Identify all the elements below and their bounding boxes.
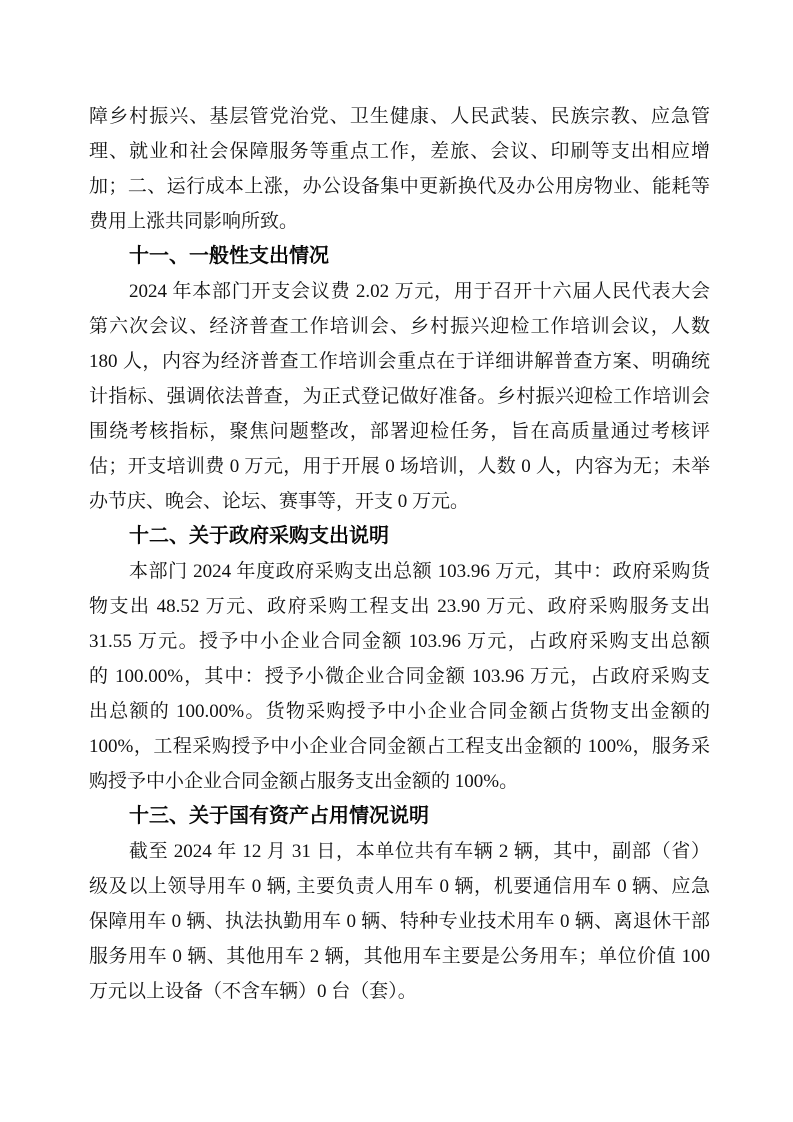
text-line: 加；二、运行成本上涨，办公设备集中更新换代及办公用房物业、能耗等 — [89, 169, 710, 204]
text-line: 物支出 48.52 万元、政府采购工程支出 23.90 万元、政府采购服务支出 — [89, 589, 710, 624]
text-line: 100%，工程采购授予中小企业合同金额占工程支出金额的 100%，服务采 — [89, 729, 710, 764]
text-line: 31.55 万元。授予中小企业合同金额 103.96 万元，占政府采购支出总额 — [89, 624, 710, 659]
text-line: 服务用车 0 辆、其他用车 2 辆，其他用车主要是公务用车；单位价值 100 — [89, 939, 710, 974]
text-line: 本部门 2024 年度政府采购支出总额 103.96 万元，其中：政府采购货 — [89, 554, 710, 589]
text-line: 出总额的 100.00%。货物采购授予中小企业合同金额占货物支出金额的 — [89, 694, 710, 729]
paragraph: 本部门 2024 年度政府采购支出总额 103.96 万元，其中：政府采购货物支… — [89, 554, 710, 799]
text-line: 的 100.00%，其中：授予小微企业合同金额 103.96 万元，占政府采购支 — [89, 659, 710, 694]
section-heading: 十二、关于政府采购支出说明 — [89, 519, 710, 554]
section-heading: 十一、一般性支出情况 — [89, 239, 710, 274]
text-line: 保障用车 0 辆、执法执勤用车 0 辆、特种专业技术用车 0 辆、离退休干部 — [89, 904, 710, 939]
text-line: 估；开支培训费 0 万元，用于开展 0 场培训，人数 0 人，内容为无；未举 — [89, 449, 710, 484]
text-line: 理、就业和社会保障服务等重点工作，差旅、会议、印刷等支出相应增 — [89, 134, 710, 169]
text-line: 购授予中小企业合同金额占服务支出金额的 100%。 — [89, 764, 710, 799]
text-line: 计指标、强调依法普查，为正式登记做好准备。乡村振兴迎检工作培训会 — [89, 379, 710, 414]
text-line: 费用上涨共同影响所致。 — [89, 204, 710, 239]
section-heading: 十三、关于国有资产占用情况说明 — [89, 799, 710, 834]
text-line: 截至 2024 年 12 月 31 日，本单位共有车辆 2 辆，其中，副部（省） — [89, 834, 710, 869]
paragraph: 障乡村振兴、基层管党治党、卫生健康、人民武装、民族宗教、应急管理、就业和社会保障… — [89, 99, 710, 239]
text-line: 障乡村振兴、基层管党治党、卫生健康、人民武装、民族宗教、应急管 — [89, 99, 710, 134]
text-line: 2024 年本部门开支会议费 2.02 万元，用于召开十六届人民代表大会 — [89, 274, 710, 309]
text-line: 围绕考核指标，聚焦问题整改，部署迎检任务，旨在高质量通过考核评 — [89, 414, 710, 449]
paragraph: 2024 年本部门开支会议费 2.02 万元，用于召开十六届人民代表大会第六次会… — [89, 274, 710, 519]
text-line: 级及以上领导用车 0 辆, 主要负责人用车 0 辆，机要通信用车 0 辆、应急 — [89, 869, 710, 904]
text-line: 办节庆、晚会、论坛、赛事等，开支 0 万元。 — [89, 484, 710, 519]
document-page: 障乡村振兴、基层管党治党、卫生健康、人民武装、民族宗教、应急管理、就业和社会保障… — [0, 0, 793, 1122]
text-line: 第六次会议、经济普查工作培训会、乡村振兴迎检工作培训会议，人数 — [89, 309, 710, 344]
text-line: 180 人，内容为经济普查工作培训会重点在于详细讲解普查方案、明确统 — [89, 344, 710, 379]
paragraph: 截至 2024 年 12 月 31 日，本单位共有车辆 2 辆，其中，副部（省）… — [89, 834, 710, 1009]
text-line: 万元以上设备（不含车辆）0 台（套）。 — [89, 974, 710, 1009]
document-body: 障乡村振兴、基层管党治党、卫生健康、人民武装、民族宗教、应急管理、就业和社会保障… — [89, 99, 710, 1009]
